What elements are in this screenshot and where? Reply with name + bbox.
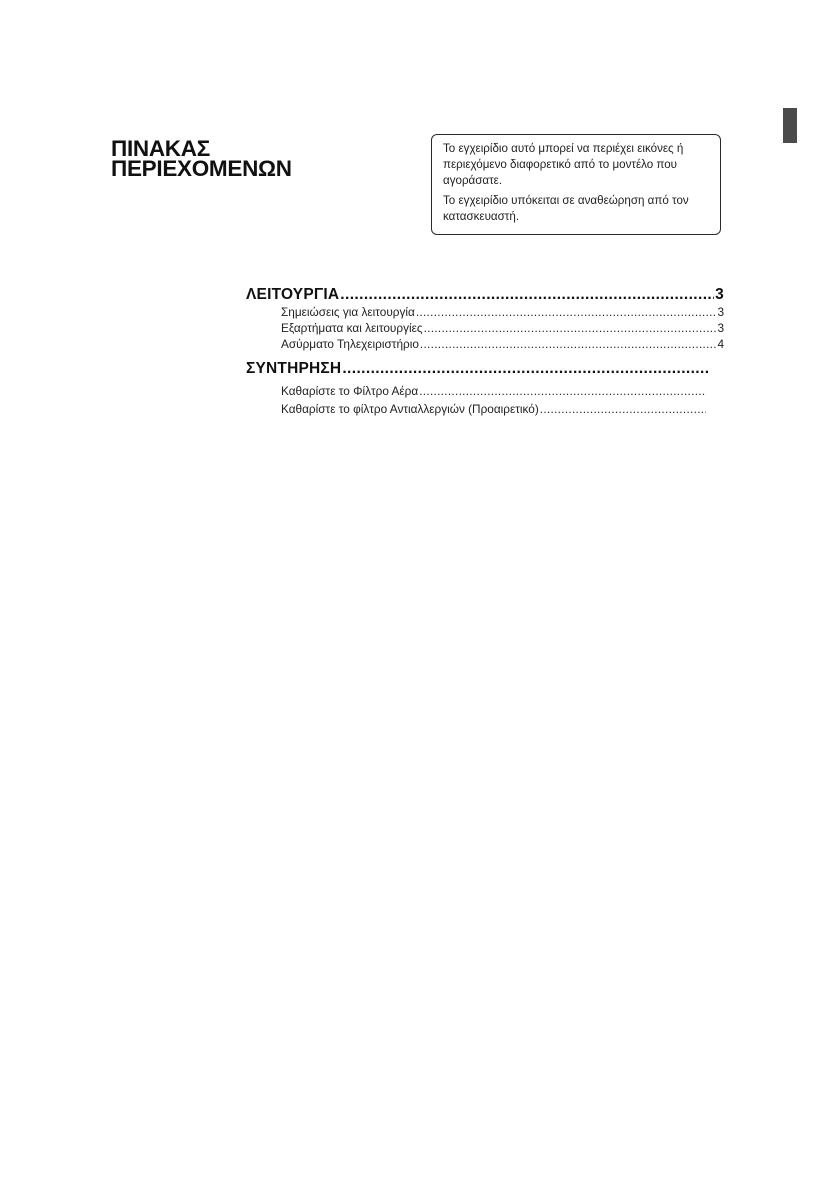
dot-leader [420,336,717,352]
toc-entry[interactable]: Εξαρτήματα και λειτουργίες 3 [246,320,724,336]
dot-leader [419,383,706,399]
toc-page-number: 3 [717,320,724,336]
toc-section-title: ΣΥΝΤΗΡΗΣΗ [246,359,341,378]
toc-page-number: 3 [715,285,724,304]
disclaimer-notice-box: Το εγχειρίδιο αυτό μπορεί να περιέχει ει… [431,134,721,235]
disclaimer-paragraph: Το εγχειρίδιο υπόκειται σε αναθεώρηση απ… [443,193,710,225]
dot-leader [342,359,709,378]
toc-entry-title: Σημειώσεις για λειτουργία [281,304,415,320]
page-title-line-2: ΠΕΡΙΕΧΟΜΕΝΩΝ [111,159,292,179]
toc-section-heading[interactable]: ΣΥΝΤΗΡΗΣΗ [246,359,710,378]
dot-leader [424,320,717,336]
language-section-tab-marker [783,108,797,143]
page-title: ΠΙΝΑΚΑΣ ΠΕΡΙΕΧΟΜΕΝΩΝ [111,139,292,179]
toc-entry-title: Εξαρτήματα και λειτουργίες [281,320,423,336]
toc-section-heading[interactable]: ΛΕΙΤΟΥΡΓΙΑ 3 [246,285,724,304]
toc-entry[interactable]: Σημειώσεις για λειτουργία 3 [246,304,724,320]
toc-entry-title: Καθαρίστε το φίλτρο Αντιαλλεργιών (Προαι… [281,401,539,417]
toc-page-number: 4 [717,336,724,352]
toc-entry[interactable]: Ασύρματο Τηλεχειριστήριο 4 [246,336,724,352]
disclaimer-paragraph: Το εγχειρίδιο αυτό μπορεί να περιέχει ει… [443,141,710,189]
toc-entry[interactable]: Καθαρίστε το Φίλτρο Αέρα [246,383,707,399]
dot-leader [540,401,706,417]
toc-section-operation: ΛΕΙΤΟΥΡΓΙΑ 3 Σημειώσεις για λειτουργία 3… [246,285,724,352]
toc-section-maintenance: ΣΥΝΤΗΡΗΣΗ Καθαρίστε το Φίλτρο Αέρα Καθαρ… [246,359,724,417]
table-of-contents: ΛΕΙΤΟΥΡΓΙΑ 3 Σημειώσεις για λειτουργία 3… [246,285,724,417]
toc-page-number: 3 [717,304,724,320]
dot-leader [340,285,714,304]
dot-leader [416,304,717,320]
toc-entry-title: Ασύρματο Τηλεχειριστήριο [281,336,419,352]
toc-entry-title: Καθαρίστε το Φίλτρο Αέρα [281,383,418,399]
toc-section-title: ΛΕΙΤΟΥΡΓΙΑ [246,285,339,304]
toc-entry[interactable]: Καθαρίστε το φίλτρο Αντιαλλεργιών (Προαι… [246,401,707,417]
